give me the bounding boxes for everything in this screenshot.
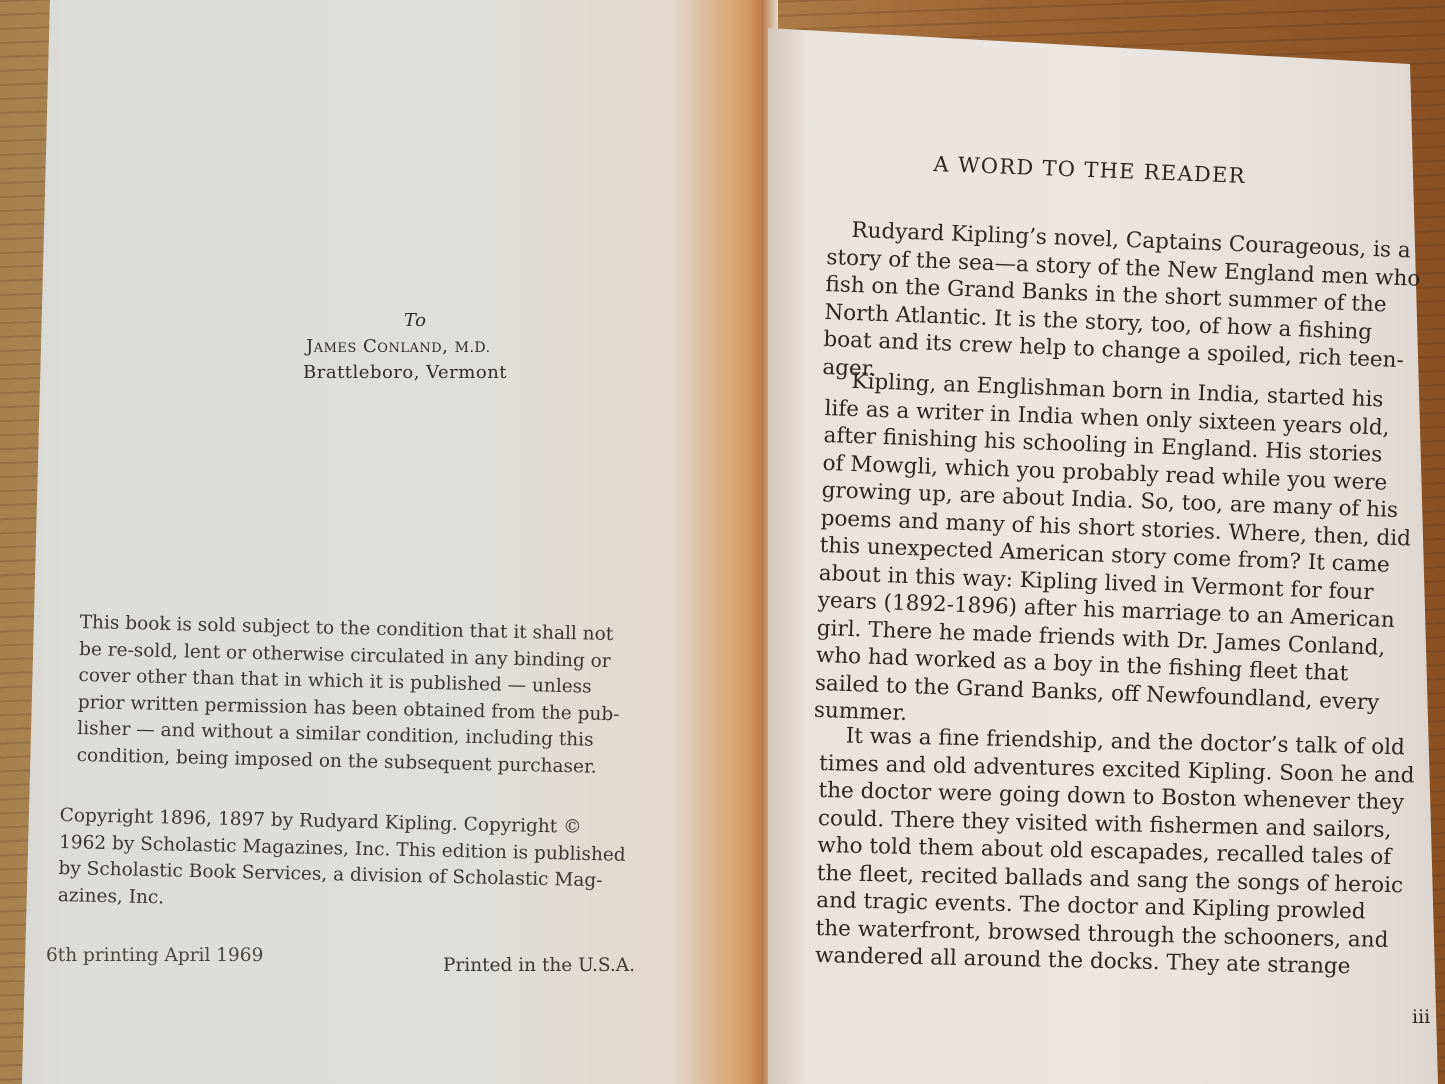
dedication-name: James Conland, M.D. [306,336,491,357]
printing-info: 6th printing April 1969 [46,943,263,970]
dedication-place: Brattleboro, Vermont [303,362,507,383]
dedication-suffix: M.D. [455,340,491,356]
printed-in: Printed in the U.S.A. [443,953,635,980]
dedication-to: To [404,310,426,331]
copyright-notice: Copyright 1896, 1897 by Rudyard Kipling.… [58,803,627,922]
dedication-name-text: James Conland, [306,336,448,357]
paragraph-2: Kipling, an Englishman born in India, st… [814,367,1417,745]
left-page [22,0,762,1084]
legal-notice: This book is sold subject to the conditi… [76,610,621,781]
page-number: iii [1412,1006,1430,1028]
paragraph-3: It was a fine friendship, and the doctor… [815,722,1415,982]
